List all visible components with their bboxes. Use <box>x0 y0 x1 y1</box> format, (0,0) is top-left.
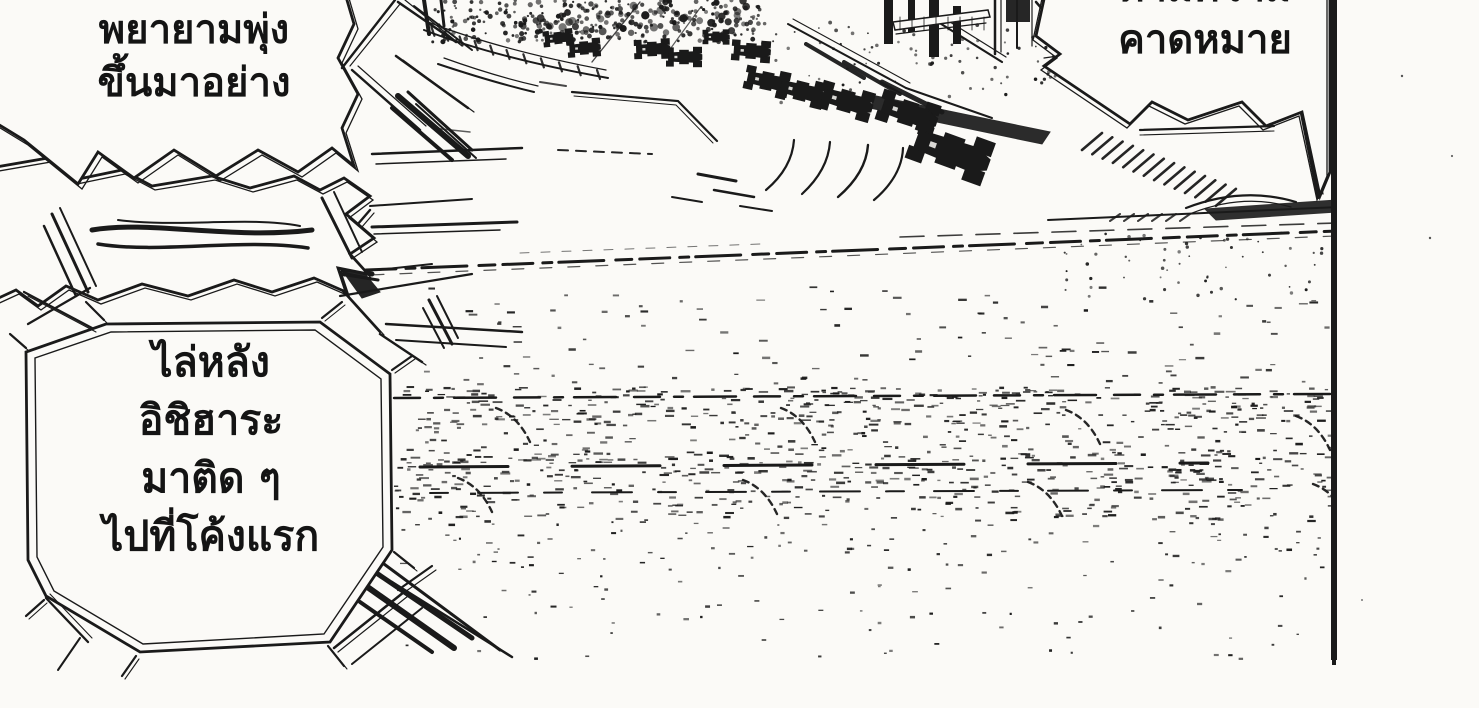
speech-line: ขึ้นมาอย่าง <box>36 57 352 110</box>
race-car <box>703 29 730 44</box>
race-car <box>816 79 876 123</box>
manga-panel: พยายามพุ่ง ขึ้นมาอย่าง ตามความ คาดหมาย ไ… <box>0 0 1479 708</box>
speech-bubble-top-right: ตามความ คาดหมาย <box>1084 0 1326 118</box>
race-car <box>634 38 671 60</box>
speech-line-clipped: ตามความ <box>1084 0 1326 14</box>
speech-line: คาดหมาย <box>1084 14 1326 66</box>
page-specks <box>1361 75 1453 601</box>
speech-line: อิชิฮาระ <box>36 391 386 449</box>
track-edge-zigzag <box>432 82 717 154</box>
speech-line: พยายามพุ่ง <box>36 4 352 57</box>
burst-tube <box>0 158 377 310</box>
barrier-hatch <box>1048 105 1338 221</box>
motion-arcs <box>672 140 903 211</box>
panel-border-right <box>1331 0 1337 665</box>
race-car <box>567 38 601 59</box>
race-car <box>666 47 702 67</box>
grass-stipple <box>394 286 1347 660</box>
race-car <box>731 39 771 64</box>
horizon-line <box>334 223 1336 280</box>
speech-line: ไปที่โค้งแรก <box>36 507 386 565</box>
speech-bubble-top-left: พยายามพุ่ง ขึ้นมาอย่าง <box>36 4 352 110</box>
speech-line: มาติด ๆ <box>36 449 386 507</box>
speech-line: ไล่หลัง <box>36 333 386 391</box>
speech-bubble-left-octagon: ไล่หลัง อิชิฮาระ มาติด ๆ ไปที่โค้งแรก <box>36 333 386 565</box>
